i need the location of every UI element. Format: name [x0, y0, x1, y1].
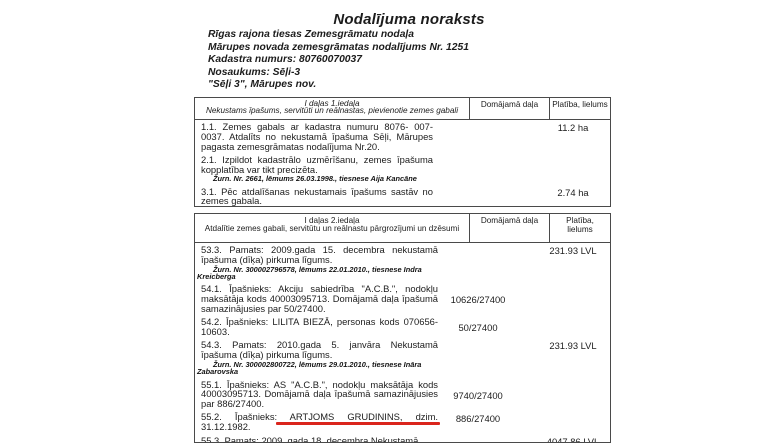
- entry-55-2: 55.2. Īpašnieks: ARTJOMS GRUDININS, dzim…: [195, 412, 610, 432]
- header-cell-share: Domājamā daļa: [469, 98, 549, 119]
- header-cell-section-title: I daļas 2.iedaļa Atdalītie zemes gabali,…: [195, 214, 469, 242]
- share-value: 10626/27400: [447, 294, 509, 305]
- entry-2-1: 2.1. Izpildot kadastrālo uzmērīšanu, zem…: [195, 155, 610, 183]
- header-line-court: Rīgas rajona tiesas Zemesgrāmatu nodaļa: [208, 29, 638, 42]
- entry-54-3: 54.3. Pamats: 2010.gada 5. janvāra Nekus…: [195, 340, 610, 376]
- share-value: 9740/27400: [447, 390, 509, 401]
- document-title: Nodalījuma noraksts: [194, 11, 624, 28]
- journal-note: Žurn. Nr. 300002800722, lēmums 29.01.201…: [197, 361, 447, 376]
- header-line-address: "Sēļi 3", Mārupes nov.: [208, 79, 638, 92]
- document-header-block: Rīgas rajona tiesas Zemesgrāmatu nodaļa …: [208, 29, 638, 92]
- header-cell-area: Platība, lielums: [549, 98, 610, 119]
- section2-table: I daļas 2.iedaļa Atdalītie zemes gabali,…: [194, 213, 611, 443]
- header-cell-section-title: I daļas 1.iedaļa Nekustams īpašums, serv…: [195, 98, 469, 119]
- header-line-folio: Mārupes novada zemesgrāmatas nodalījums …: [208, 42, 638, 55]
- section1-table-body: 1.1. Zemes gabals ar kadastra numuru 807…: [195, 120, 610, 207]
- entry-55-1: 55.1. Īpašnieks: AS "A.C.B.", nodokļu ma…: [195, 380, 610, 409]
- share-value: 50/27400: [447, 322, 509, 333]
- entry-54-1: 54.1. Īpašnieks: Akciju sabiedrība "A.C.…: [195, 284, 610, 313]
- section2-table-header: I daļas 2.iedaļa Atdalītie zemes gabali,…: [195, 214, 610, 243]
- area-value: 11.2 ha: [541, 122, 605, 133]
- area-value: 2.74 ha: [541, 187, 605, 198]
- section1-table: I daļas 1.iedaļa Nekustams īpašums, serv…: [194, 97, 611, 207]
- header-cell-area: Platība, lielums: [549, 214, 610, 242]
- price-underlined: 4047.86 LVL: [547, 436, 599, 443]
- share-value: 886/27400: [447, 413, 509, 424]
- journal-note: Žurn. Nr. 300002796578, lēmums 22.01.201…: [197, 266, 447, 281]
- section2-table-body: 53.3. Pamats: 2009.gada 15. decembra nek…: [195, 243, 610, 443]
- entry-53-3: 53.3. Pamats: 2009.gada 15. decembra nek…: [195, 245, 610, 281]
- entry-3-1: 3.1. Pēc atdalīšanas nekustamais īpašums…: [195, 187, 610, 207]
- section1-table-header: I daļas 1.iedaļa Nekustams īpašums, serv…: [195, 98, 610, 120]
- owner-name-underlined: ARTJOMS GRUDININS, dzim.: [290, 411, 438, 422]
- entry-55-3: 55.3. Pamats: 2009. gada 18. decembra Ne…: [195, 436, 610, 443]
- price-value: 231.93 LVL: [541, 245, 605, 256]
- header-line-cadastre: Kadastra numurs: 80760070037: [208, 54, 638, 67]
- owner-suffix: 31.12.1982.: [201, 421, 251, 432]
- header-line-name: Nosaukums: Sēļi-3: [208, 67, 638, 80]
- price-value: 4047.86 LVL: [541, 436, 605, 443]
- journal-note: Žurn. Nr. 2661, lēmums 26.03.1998., ties…: [197, 175, 447, 183]
- price-value: 231.93 LVL: [541, 340, 605, 351]
- scanned-document-page: Nodalījuma noraksts Rīgas rajona tiesas …: [0, 0, 782, 447]
- header-cell-share: Domājamā daļa: [469, 214, 549, 242]
- entry-1-1: 1.1. Zemes gabals ar kadastra numuru 807…: [195, 122, 610, 151]
- entry-54-2: 54.2. Īpašnieks: LILITA BIEZĀ, personas …: [195, 317, 610, 337]
